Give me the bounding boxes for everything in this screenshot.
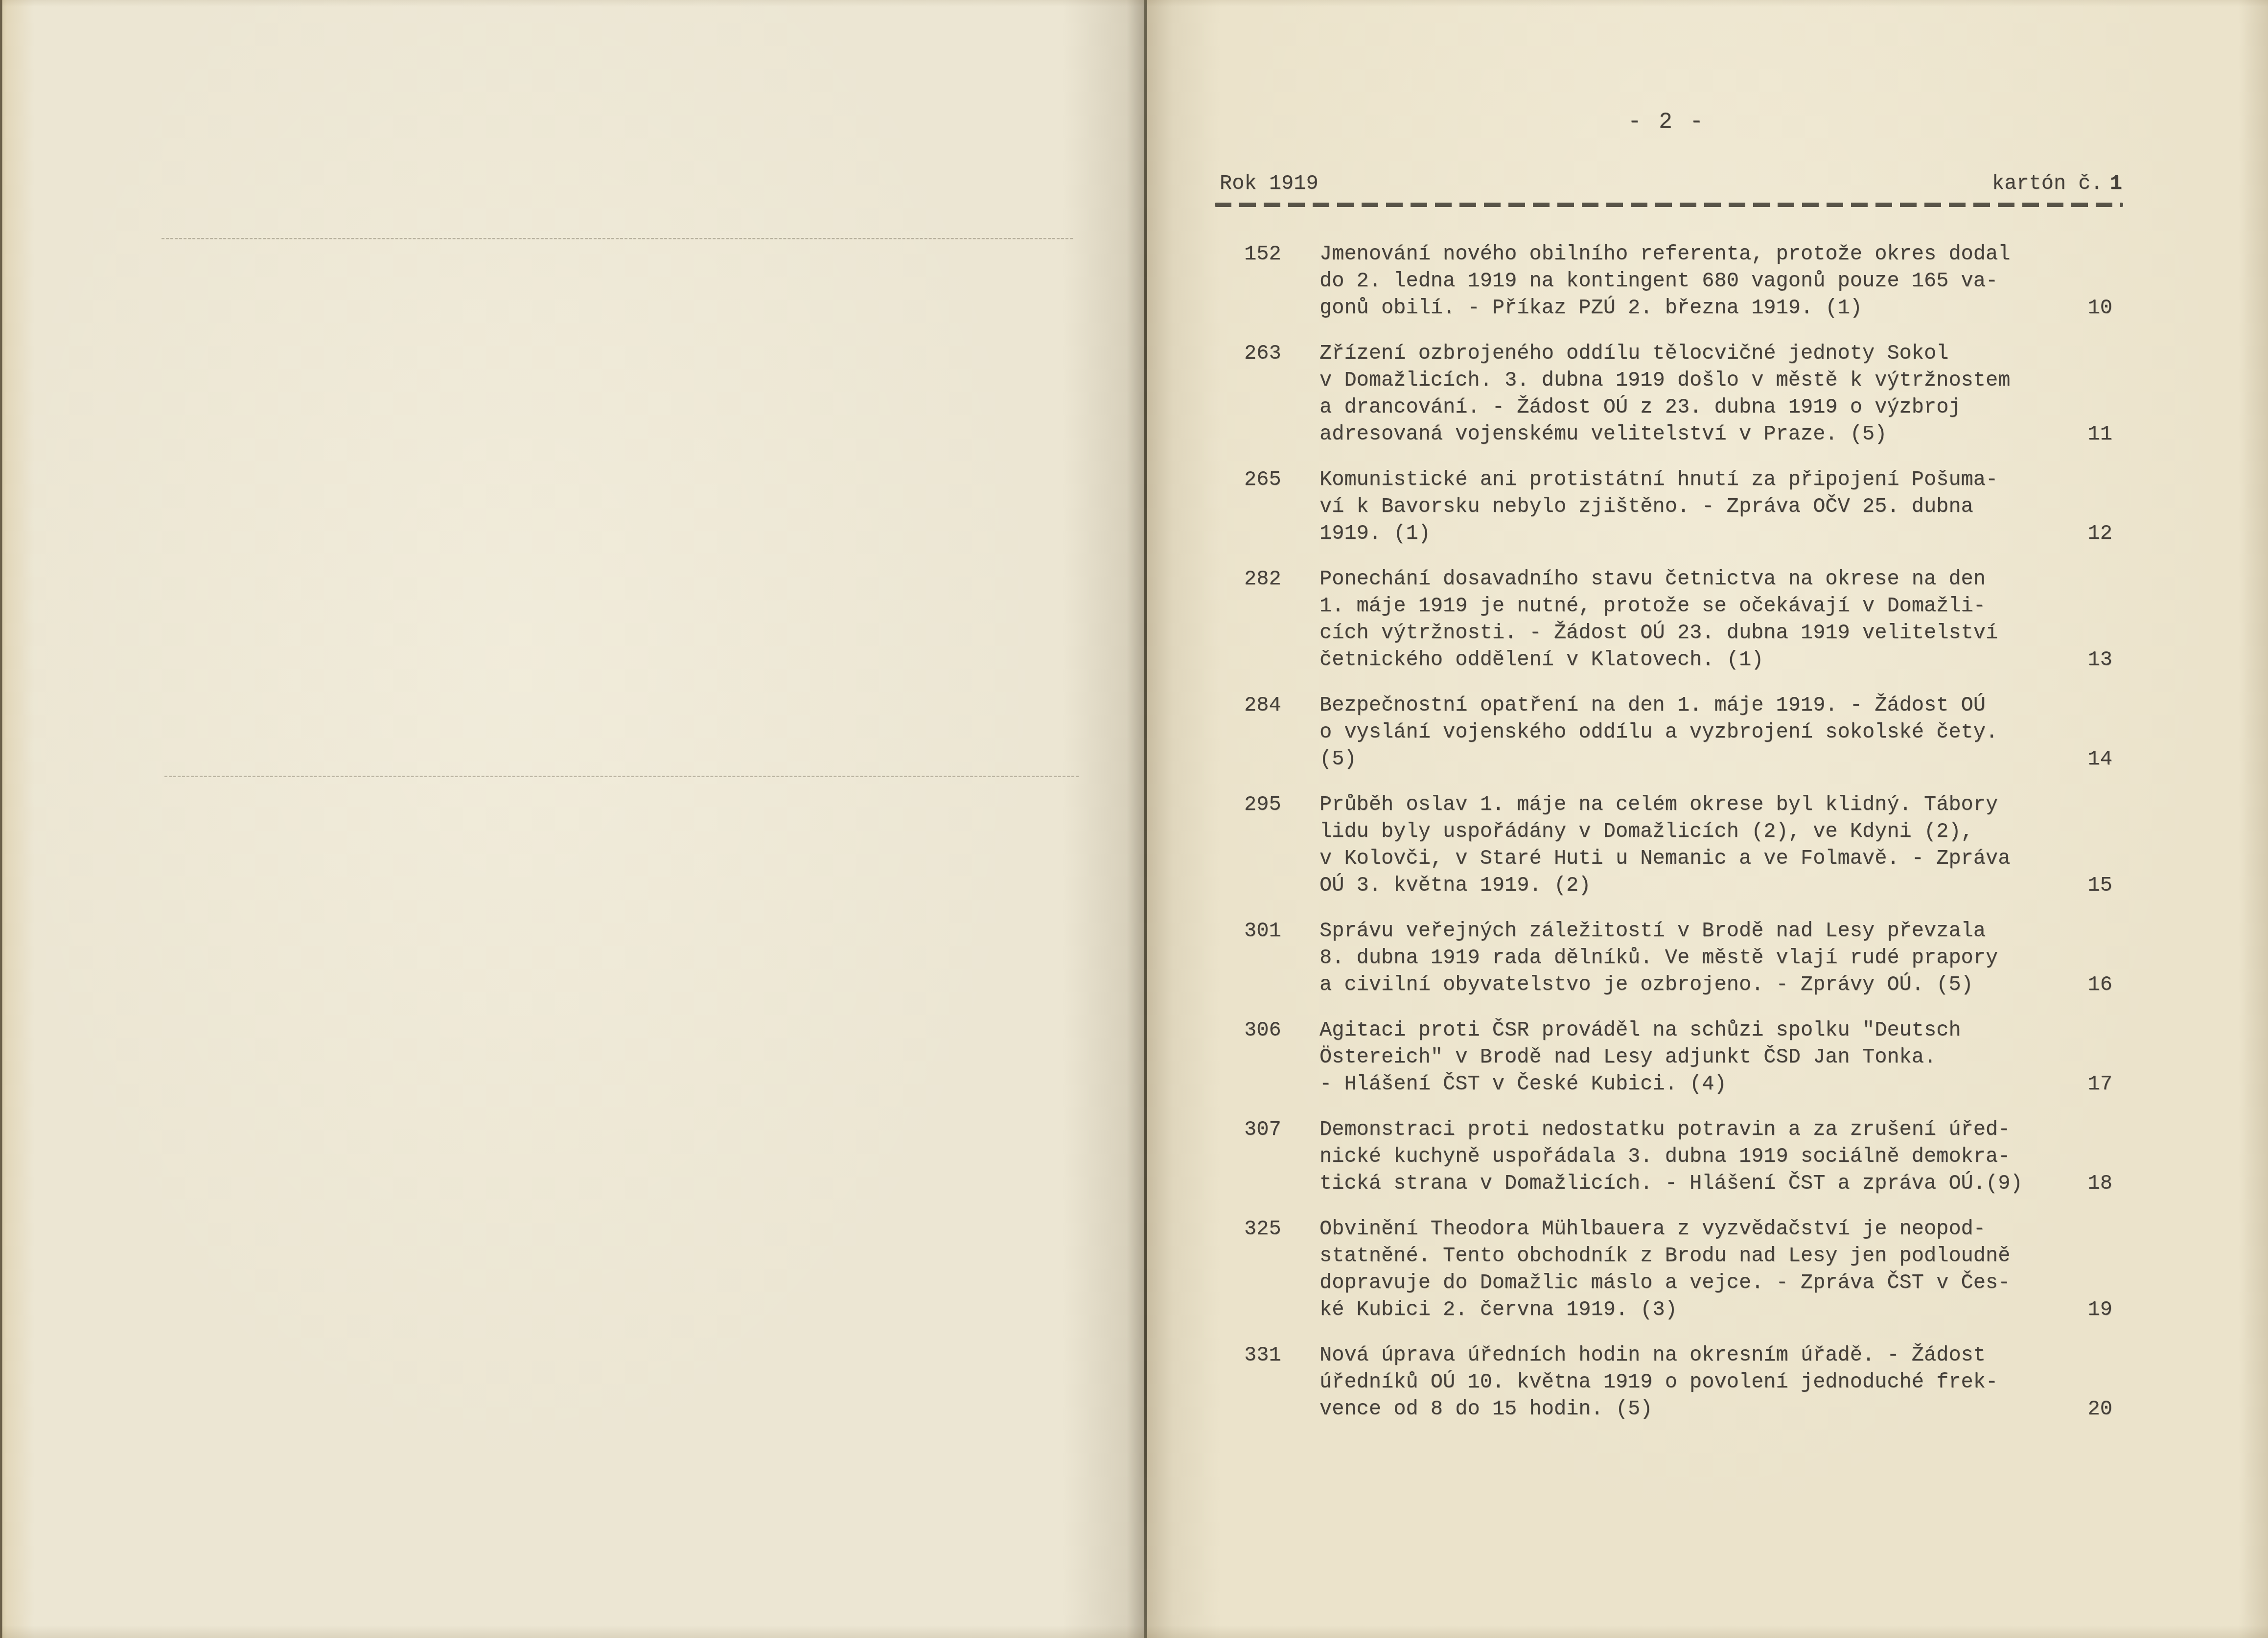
scan-edge: [0, 1625, 2268, 1638]
entry-karton-number: 19: [2054, 1296, 2112, 1323]
show-through-dashed-line: [162, 238, 1073, 239]
entry-description: Komunistické ani protistátní hnutí za př…: [1319, 466, 2054, 547]
entry-number: 331: [1244, 1342, 1319, 1369]
gutter-shadow: [1147, 0, 1221, 1638]
entry-karton-number: 14: [2054, 746, 2112, 773]
entry-karton-number: 20: [2054, 1396, 2112, 1423]
dashed-underline-rule: [1215, 203, 2123, 207]
entry-karton-number: 13: [2054, 646, 2112, 673]
inventory-entry-row: 301 Správu veřejných záležitostí v Brodě…: [1244, 918, 2112, 998]
entry-description: Obvinění Theodora Mühlbauera z vyzvědačs…: [1319, 1216, 2054, 1323]
entry-karton-number: 10: [2054, 295, 2112, 322]
inventory-entry-row: 284 Bezpečnostní opatření na den 1. máje…: [1244, 692, 2112, 773]
entry-number: 301: [1244, 918, 1319, 945]
inventory-entry-row: 265 Komunistické ani protistátní hnutí z…: [1244, 466, 2112, 547]
page-number: - 2 -: [1605, 109, 1728, 136]
entry-karton-number: 11: [2054, 421, 2112, 448]
year-heading: Rok 1919: [1220, 170, 1319, 197]
entry-number: 307: [1244, 1116, 1319, 1143]
inventory-entry-row: 325 Obvinění Theodora Mühlbauera z vyzvě…: [1244, 1216, 2112, 1323]
entry-description: Jmenování nového obilního referenta, pro…: [1319, 241, 2054, 322]
scan-edge: [0, 0, 34, 1638]
entry-number: 284: [1244, 692, 1319, 719]
scan-edge: [0, 0, 2268, 7]
entry-karton-number: 18: [2054, 1170, 2112, 1197]
entry-description: Správu veřejných záležitostí v Brodě nad…: [1319, 918, 2054, 998]
gutter-shadow: [1062, 0, 1145, 1638]
karton-heading-label: kartón č.: [1992, 172, 2103, 195]
inventory-entry-row: 307 Demonstraci proti nedostatku potravi…: [1244, 1116, 2112, 1197]
entry-karton-number: 12: [2054, 520, 2112, 547]
inventory-entry-row: 306 Agitaci proti ČSR prováděl na schůzi…: [1244, 1017, 2112, 1098]
inventory-entry-row: 331 Nová úprava úředních hodin na okresn…: [1244, 1342, 2112, 1423]
entry-description: Průběh oslav 1. máje na celém okrese byl…: [1319, 791, 2054, 899]
entry-description: Nová úprava úředních hodin na okresním ú…: [1319, 1342, 2054, 1423]
entry-description: Ponechání dosavadního stavu četnictva na…: [1319, 566, 2054, 673]
show-through-dashed-line: [164, 776, 1079, 777]
inventory-entry-row: 263 Zřízení ozbrojeného oddílu tělocvičn…: [1244, 340, 2112, 448]
entry-number: 263: [1244, 340, 1319, 367]
entry-description: Zřízení ozbrojeného oddílu tělocvičné je…: [1319, 340, 2054, 448]
entry-karton-number: 15: [2054, 872, 2112, 899]
entry-description: Agitaci proti ČSR prováděl na schůzi spo…: [1319, 1017, 2054, 1098]
list-header: Rok 1919 kartón č.1: [1220, 170, 2119, 197]
entry-number: 295: [1244, 791, 1319, 818]
entry-karton-number: 16: [2054, 971, 2112, 998]
scan-edge: [2239, 0, 2268, 1638]
inventory-entry-row: 152 Jmenování nového obilního referenta,…: [1244, 241, 2112, 322]
karton-heading: kartón č.1: [1992, 170, 2119, 197]
entry-karton-number: 17: [2054, 1071, 2112, 1098]
entry-number: 306: [1244, 1017, 1319, 1044]
inventory-entry-list: 152 Jmenování nového obilního referenta,…: [1244, 241, 2112, 1441]
entry-number: 152: [1244, 241, 1319, 268]
left-page-blank: [0, 0, 1145, 1638]
karton-heading-number: 1: [2110, 172, 2119, 195]
entry-number: 325: [1244, 1216, 1319, 1243]
inventory-entry-row: 295 Průběh oslav 1. máje na celém okrese…: [1244, 791, 2112, 899]
entry-number: 265: [1244, 466, 1319, 493]
entry-description: Demonstraci proti nedostatku potravin a …: [1319, 1116, 2054, 1197]
entry-description: Bezpečnostní opatření na den 1. máje 191…: [1319, 692, 2054, 773]
book-scan: - 2 - Rok 1919 kartón č.1 152 Jmenování …: [0, 0, 2268, 1638]
inventory-entry-row: 282 Ponechání dosavadního stavu četnictv…: [1244, 566, 2112, 673]
entry-number: 282: [1244, 566, 1319, 593]
